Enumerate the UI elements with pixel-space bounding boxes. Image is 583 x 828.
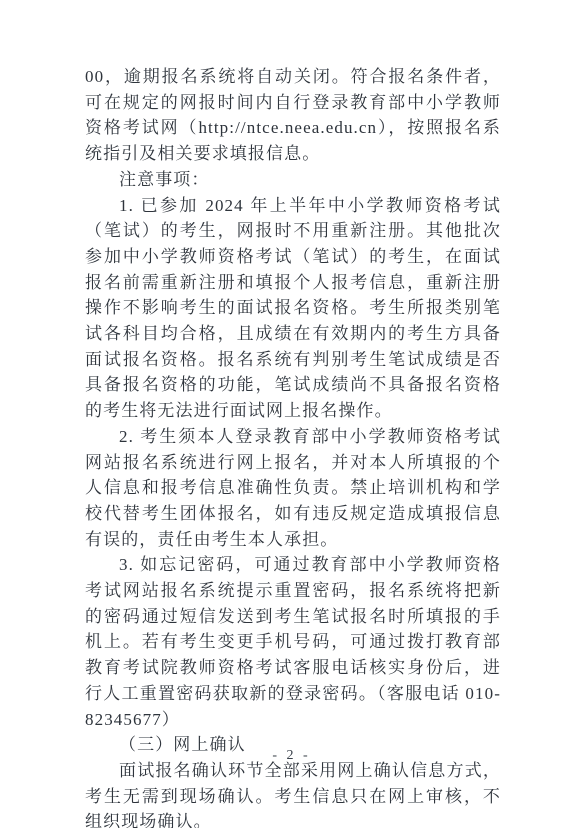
- paragraph-notes-heading: 注意事项：: [85, 167, 501, 193]
- paragraph-online-confirmation: 面试报名确认环节全部采用网上确认信息方式，考生无需到现场确认。考生信息只在网上审…: [85, 758, 501, 828]
- paragraph-continuation: 00，逾期报名系统将自动关闭。符合报名条件者，可在规定的网报时间内自行登录教育部…: [85, 64, 501, 167]
- paragraph-note-2: 2. 考生须本人登录教育部中小学教师资格考试网站报名系统进行网上报名，并对本人所…: [85, 424, 501, 553]
- document-page: 00，逾期报名系统将自动关闭。符合报名条件者，可在规定的网报时间内自行登录教育部…: [0, 0, 583, 828]
- page-number: - 2 -: [0, 748, 583, 764]
- paragraph-note-3: 3. 如忘记密码，可通过教育部中小学教师资格考试网站报名系统提示重置密码，报名系…: [85, 552, 501, 732]
- paragraph-note-1: 1. 已参加 2024 年上半年中小学教师资格考试（笔试）的考生，网报时不用重新…: [85, 193, 501, 424]
- document-body: 00，逾期报名系统将自动关闭。符合报名条件者，可在规定的网报时间内自行登录教育部…: [85, 64, 501, 828]
